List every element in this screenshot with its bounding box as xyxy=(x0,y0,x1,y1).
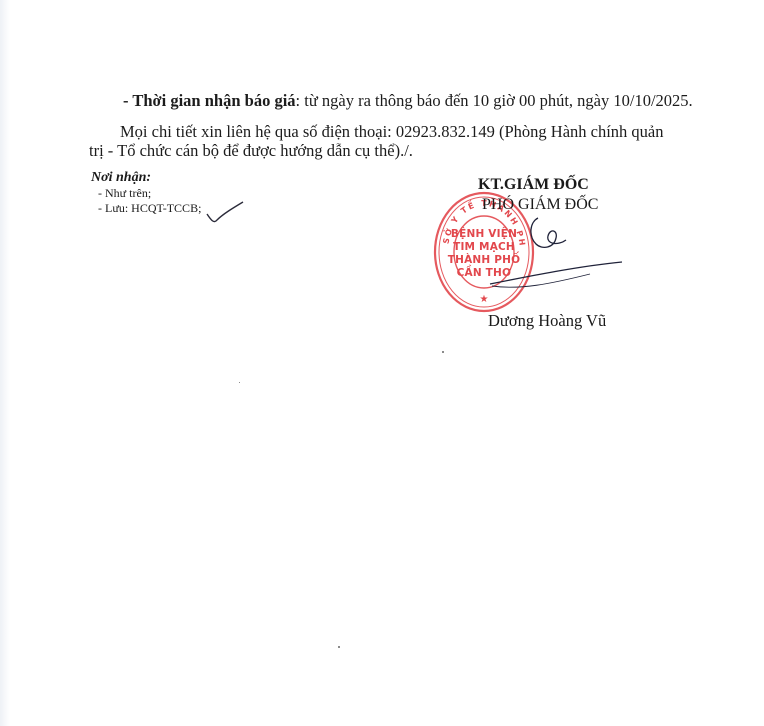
contact-paragraph-line1: Mọi chi tiết xin liên hệ qua số điện tho… xyxy=(120,122,664,142)
scan-edge-shadow xyxy=(0,0,10,726)
quote-deadline-label: - Thời gian nhận báo giá xyxy=(123,91,296,110)
scan-speck xyxy=(442,351,444,353)
quote-deadline-paragraph: - Thời gian nhận báo giá: từ ngày ra thô… xyxy=(123,91,693,111)
recipients-title: Nơi nhận: xyxy=(91,170,201,186)
signature-authority: KT.GIÁM ĐỐC xyxy=(478,176,589,194)
scan-speck xyxy=(338,646,340,648)
scan-speck xyxy=(239,382,240,383)
contact-paragraph-line2: trị - Tổ chức cán bộ để được hướng dẫn c… xyxy=(89,141,413,161)
quote-deadline-text: : từ ngày ra thông báo đến 10 giờ 00 phú… xyxy=(296,91,693,110)
handwritten-signature-icon xyxy=(470,210,630,320)
recipients-block: Nơi nhận: - Như trên; - Lưu: HCQT-TCCB; xyxy=(91,170,201,216)
recipient-item: - Lưu: HCQT-TCCB; xyxy=(98,201,201,216)
handwritten-tick-icon xyxy=(205,198,245,228)
recipient-item: - Như trên; xyxy=(98,186,201,201)
